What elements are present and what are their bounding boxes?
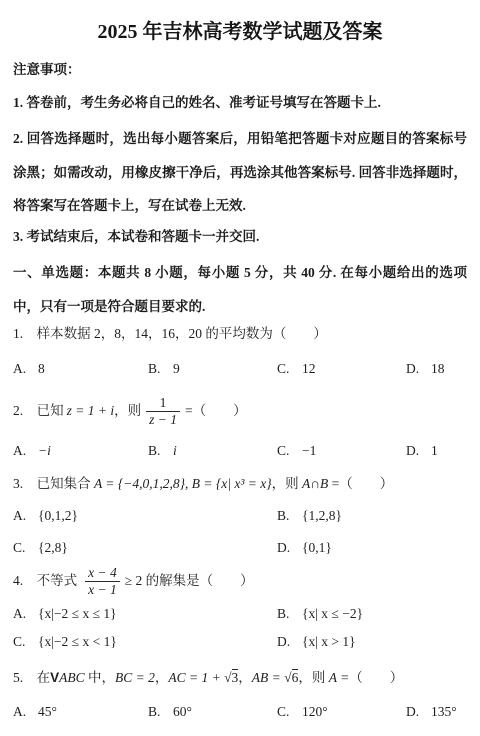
- option-c: C.−1: [277, 441, 406, 461]
- fraction-denominator: x − 1: [85, 581, 120, 598]
- option-label: C.: [277, 702, 302, 722]
- triangle-symbol: V: [50, 670, 59, 685]
- q2-suffix: =（ ）: [185, 401, 247, 421]
- section-heading: 一、单选题：本题共 8 小题，每小题 5 分，共 40 分. 在每小题给出的选项…: [13, 256, 467, 323]
- option-b: B.{x| x ≤ −2}: [277, 604, 467, 624]
- q5-seg2: AC = 1 +: [168, 670, 224, 685]
- option-a: A.8: [13, 359, 148, 379]
- option-label: C.: [13, 538, 38, 558]
- option-d: D.{x| x > 1}: [277, 632, 467, 652]
- q3-mid: ，则: [272, 476, 302, 491]
- question-5-text: 5. 在VABC 中，BC = 2，AC = 1 + √3，AB = √6，则 …: [13, 667, 467, 689]
- q2-mid: ，则: [114, 401, 141, 421]
- option-value: 45°: [38, 704, 57, 719]
- option-c: C.12: [277, 359, 406, 379]
- question-1-text: 1. 样本数据 2，8，14，16，20 的平均数为（ ）: [13, 324, 467, 344]
- q5-seg1: BC = 2: [115, 670, 155, 685]
- question-4-options-row-1: A.{x|−2 ≤ x ≤ 1} B.{x| x ≤ −2}: [13, 604, 467, 624]
- option-label: A.: [13, 441, 38, 461]
- question-4-text: 4. 不等式 x − 4 x − 1 ≥ 2 的解集是（ ）: [13, 561, 467, 601]
- fraction-denominator: z − 1: [146, 411, 180, 428]
- option-value: 9: [173, 361, 180, 376]
- option-value: {x|−2 ≤ x < 1}: [38, 634, 117, 649]
- q3-prefix: 3. 已知集合: [13, 476, 94, 491]
- question-5-options: A.45° B.60° C.120° D.135°: [13, 702, 467, 722]
- option-a: A.{0,1,2}: [13, 506, 277, 526]
- option-d: D.18: [406, 359, 467, 379]
- option-label: B.: [277, 506, 302, 526]
- notice-item-1: 1. 答卷前，考生务必将自己的姓名、准考证号填写在答题卡上.: [13, 93, 467, 113]
- option-value: {1,2,8}: [302, 508, 342, 523]
- notice-item-2: 2. 回答选择题时，选出每小题答案后，用铅笔把答题卡对应题目的答案标号涂黑；如需…: [13, 122, 467, 223]
- option-label: D.: [277, 632, 302, 652]
- option-b: B.i: [148, 441, 277, 461]
- exam-document: { "page": { "title": "2025 年吉林高考数学试题及答案"…: [0, 0, 480, 736]
- option-label: D.: [406, 359, 431, 379]
- q5-seg4: A =: [329, 670, 350, 685]
- notice-item-3: 3. 考试结束后，本试卷和答题卡一并交回.: [13, 227, 467, 247]
- option-a: A.{x|−2 ≤ x ≤ 1}: [13, 604, 277, 624]
- q5-comma2: ，: [238, 670, 252, 685]
- option-label: A.: [13, 604, 38, 624]
- option-label: B.: [148, 359, 173, 379]
- option-value: {0,1,2}: [38, 508, 78, 523]
- option-d: D.1: [406, 441, 467, 461]
- q4-prefix: 4. 不等式: [13, 571, 77, 591]
- question-4-options-row-2: C.{x|−2 ≤ x < 1} D.{x| x > 1}: [13, 632, 467, 652]
- option-value: {x| x ≤ −2}: [302, 606, 363, 621]
- option-c: C.{x|−2 ≤ x < 1}: [13, 632, 277, 652]
- option-label: C.: [277, 441, 302, 461]
- option-value: {x| x > 1}: [302, 634, 356, 649]
- q2-given: z = 1 + i: [67, 401, 114, 421]
- option-label: B.: [277, 604, 302, 624]
- option-value: 135°: [431, 704, 457, 719]
- option-label: D.: [406, 441, 431, 461]
- q5-mid1: 中，: [85, 670, 115, 685]
- q4-mid: ≥ 2 的解集是（ ）: [125, 571, 254, 591]
- option-label: A.: [13, 702, 38, 722]
- option-label: D.: [406, 702, 431, 722]
- option-value: {x|−2 ≤ x ≤ 1}: [38, 606, 117, 621]
- option-b: B.60°: [148, 702, 277, 722]
- fraction: x − 4 x − 1: [85, 565, 120, 598]
- option-value: 18: [431, 361, 445, 376]
- option-a: A.45°: [13, 702, 148, 722]
- question-3-options-row-2: C.{2,8} D.{0,1}: [13, 538, 467, 558]
- option-d: D.{0,1}: [277, 538, 467, 558]
- sqrt-3: √3: [224, 670, 238, 685]
- option-label: B.: [148, 441, 173, 461]
- option-c: C.120°: [277, 702, 406, 722]
- fraction-numerator: x − 4: [85, 565, 120, 581]
- question-3-options-row-1: A.{0,1,2} B.{1,2,8}: [13, 506, 467, 526]
- q5-suffix: （ ）: [349, 670, 403, 685]
- option-value: 8: [38, 361, 45, 376]
- option-value: {0,1}: [302, 540, 332, 555]
- q5-prefix: 5. 在: [13, 670, 50, 685]
- option-value: −i: [38, 443, 51, 458]
- option-value: 60°: [173, 704, 192, 719]
- option-a: A.−i: [13, 441, 148, 461]
- option-label: C.: [13, 632, 38, 652]
- option-value: 120°: [302, 704, 328, 719]
- notice-heading: 注意事项：: [13, 60, 467, 80]
- question-1-options: A.8 B.9 C.12 D.18: [13, 359, 467, 379]
- question-2-text: 2. 已知 z = 1 + i ，则 1 z − 1 =（ ）: [13, 391, 467, 431]
- option-value: i: [173, 443, 177, 458]
- option-label: D.: [277, 538, 302, 558]
- page-title: 2025 年吉林高考数学试题及答案: [0, 19, 480, 45]
- option-label: A.: [13, 506, 38, 526]
- option-value: 1: [431, 443, 438, 458]
- question-3-text: 3. 已知集合 A = {−4,0,1,2,8}, B = {x| x³ = x…: [13, 474, 467, 494]
- option-label: A.: [13, 359, 38, 379]
- q3-sets: A = {−4,0,1,2,8}, B = {x| x³ = x}: [94, 476, 272, 491]
- radical-sign: √: [284, 670, 291, 685]
- q5-mid2: ，则: [298, 670, 328, 685]
- option-label: C.: [277, 359, 302, 379]
- option-value: 12: [302, 361, 316, 376]
- q5-seg3: AB =: [252, 670, 284, 685]
- q5-comma1: ，: [155, 670, 169, 685]
- radical-sign: √: [224, 670, 231, 685]
- option-value: {2,8}: [38, 540, 68, 555]
- option-b: B.{1,2,8}: [277, 506, 467, 526]
- fraction: 1 z − 1: [146, 395, 180, 428]
- option-d: D.135°: [406, 702, 467, 722]
- q2-prefix: 2. 已知: [13, 401, 64, 421]
- option-c: C.{2,8}: [13, 538, 277, 558]
- q5-triangle-label: ABC: [59, 670, 85, 685]
- sqrt-6: √6: [284, 670, 298, 685]
- option-b: B.9: [148, 359, 277, 379]
- fraction-numerator: 1: [157, 395, 170, 411]
- option-label: B.: [148, 702, 173, 722]
- question-2-options: A.−i B.i C.−1 D.1: [13, 441, 467, 461]
- q3-intersection: A∩B: [302, 476, 328, 491]
- q3-suffix: =（ ）: [328, 476, 393, 491]
- option-value: −1: [302, 443, 316, 458]
